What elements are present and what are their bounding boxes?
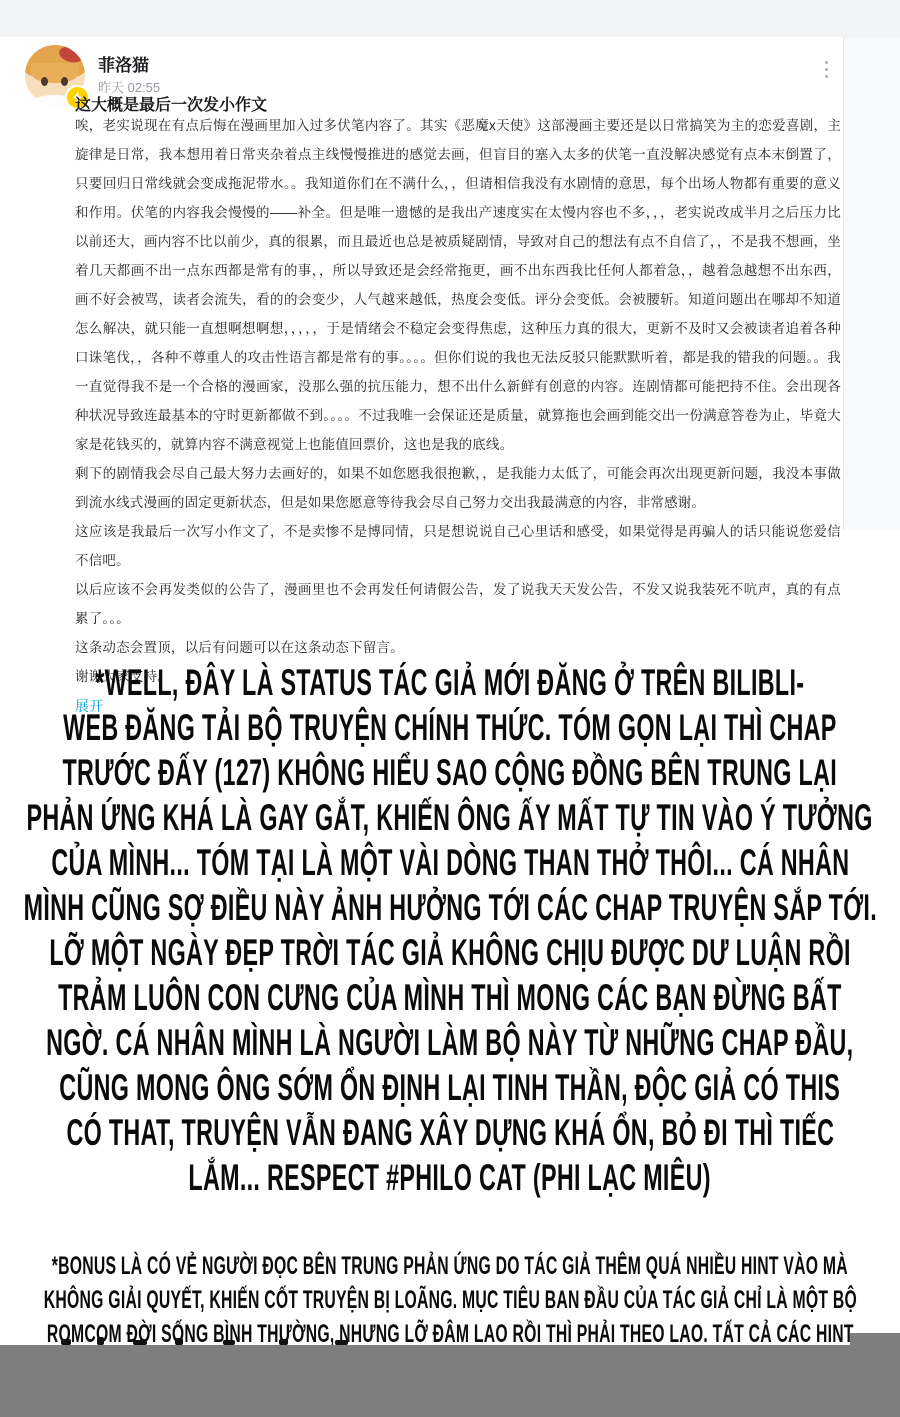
translator-note-line: LỠ MỘT NGÀY ĐẸP TRỜI TÁC GIẢ KHÔNG CHỊU … — [49, 930, 850, 975]
post-paragraph: 以后应该不会再发类似的公告了，漫画里也不会再发任何请假公告，发了说我天天发公告，… — [75, 575, 841, 633]
clipped-text-tops — [55, 1336, 475, 1345]
translator-note-line: LẮM... RESPECT #PHILO CAT (PHI LẠC MIÊU) — [189, 1155, 711, 1200]
translator-note-line: *WELL, ĐÂY LÀ STATUS TÁC GIẢ MỚI ĐĂNG Ở … — [95, 660, 804, 705]
post-paragraph: 剩下的剧情我会尽自己最大努力去画好的，如果不如您愿我很抱歉，，是我能力太低了，可… — [75, 459, 841, 517]
bonus-line: *BONUS LÀ CÓ VẺ NGƯỜI ĐỌC BÊN TRUNG PHẢN… — [52, 1249, 848, 1283]
page-top-margin — [0, 0, 900, 37]
kebab-menu-icon[interactable] — [818, 57, 834, 81]
translator-note-line: CỦA MÌNH... TÓM TẠI LÀ MỘT VÀI DÒNG THAN… — [51, 840, 849, 885]
translator-note-main: *WELL, ĐÂY LÀ STATUS TÁC GIẢ MỚI ĐĂNG Ở … — [0, 660, 900, 1200]
card-right-margin — [844, 37, 900, 530]
translator-note-line: PHẢN ỨNG KHÁ LÀ GAY GẮT, KHIẾN ÔNG ẤY MẤ… — [27, 795, 873, 840]
post-paragraph: 这条动态会置顶，以后有问题可以在这条动态下留言。 — [75, 633, 841, 662]
translator-note-line: MÌNH CŨNG SỢ ĐIỀU NÀY ẢNH HƯỞNG TỚI CÁC … — [23, 885, 876, 930]
page: 菲洛猫 昨天 02:55 这大概是最后一次发小作文 唉，老实说现在有点后悔在漫画… — [0, 0, 900, 1417]
translator-note-line: CŨNG MONG ÔNG SỚM ỔN ĐỊNH LẠI TINH THẦN,… — [60, 1065, 841, 1110]
card-right-border — [843, 37, 844, 530]
translator-note-line: NGỜ. CÁ NHÂN MÌNH LÀ NGƯỜI LÀM BỘ NÀY TỪ… — [46, 1020, 853, 1065]
bonus-line: KHÔNG GIẢI QUYẾT, KHIẾN CỐT TRUYỆN BỊ LO… — [43, 1283, 856, 1317]
post-body: 唉，老实说现在有点后悔在漫画里加入过多伏笔内容了。其实《恶魔x天使》这部漫画主要… — [75, 111, 841, 721]
translator-note-line: TRƯỚC ĐẤY (127) KHÔNG HIỂU SAO CỘNG ĐỒNG… — [63, 750, 838, 795]
post-paragraph: 这应该是我最后一次写小作文了，不是卖惨不是博同情，只是想说说自己心里话和感受，如… — [75, 517, 841, 575]
translator-note-line: WEB ĐĂNG TẢI BỘ TRUYỆN CHÍNH THỨC. TÓM G… — [63, 705, 836, 750]
crop-gray-footer — [0, 1345, 900, 1417]
post-card: 菲洛猫 昨天 02:55 这大概是最后一次发小作文 唉，老实说现在有点后悔在漫画… — [0, 37, 900, 577]
translator-note-line: CÓ THAT, TRUYỆN VẪN ĐANG XÂY DỰNG KHÁ ỔN… — [66, 1110, 834, 1155]
translator-note-line: TRẢM LUÔN CON CƯNG CỦA MÌNH THÌ MONG CÁC… — [58, 975, 842, 1020]
username[interactable]: 菲洛猫 — [98, 51, 149, 76]
post-paragraph: 唉，老实说现在有点后悔在漫画里加入过多伏笔内容了。其实《恶魔x天使》这部漫画主要… — [75, 111, 841, 459]
